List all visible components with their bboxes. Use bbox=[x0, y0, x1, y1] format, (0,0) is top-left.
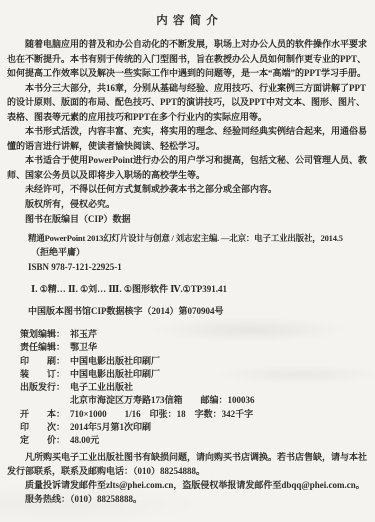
colophon-value: 祁玉芹 bbox=[70, 328, 367, 341]
colophon-label: 印 刷： bbox=[20, 355, 70, 368]
cip-register-number: 中国版本图书馆CIP数据核字（2014）第070904号 bbox=[28, 305, 367, 319]
service-info-section: 凡所购买电子工业出版社图书有缺损问题，请向购买书店调换。若书店售缺，请与本社发行… bbox=[7, 450, 367, 506]
colophon-row-planning-editor: 策划编辑： 祁玉芹 bbox=[20, 328, 367, 341]
colophon-value: 北京市海淀区万寿路173信箱 邮编：100036 bbox=[70, 394, 367, 407]
colophon-value: 鄂卫华 bbox=[70, 341, 367, 354]
colophon-value: 中国电影出版社印刷厂 bbox=[70, 368, 367, 381]
cip-data-block: 精通PowerPoint 2013幻灯片设计与创意 / 刘志宏主编. —北京：电… bbox=[28, 232, 367, 318]
cip-record: 精通PowerPoint 2013幻灯片设计与创意 / 刘志宏主编. —北京：电… bbox=[28, 232, 367, 246]
colophon-label: 出版发行： bbox=[20, 381, 70, 394]
colophon-row-publisher: 出版发行： 电子工业出版社 bbox=[20, 381, 367, 394]
colophon-row-format: 开 本： 710×1000 1/16 印张：18 字数：342千字 bbox=[20, 408, 367, 421]
book-copyright-page: 内容简介 随着电脑应用的普及和办公自动化的不断发展，职场上对办公人员的软件操作水… bbox=[0, 0, 375, 522]
colophon-value: 710×1000 1/16 印张：18 字数：342千字 bbox=[70, 408, 367, 421]
content-summary-section: 随着电脑应用的普及和办公自动化的不断发展，职场上对办公人员的软件操作水平要求也在… bbox=[7, 37, 367, 182]
colophon-label: 装 订： bbox=[20, 368, 70, 381]
colophon-value: 中国电影出版社印刷厂 bbox=[70, 355, 367, 368]
colophon-row-print-run: 印 次： 2014年5月第1次印刷 bbox=[20, 421, 367, 434]
colophon-label: 印 次： bbox=[20, 421, 70, 434]
colophon-row-address: 北京市海淀区万寿路173信箱 邮编：100036 bbox=[20, 394, 367, 407]
copyright-notice-section: 未经许可，不得以任何方式复制或抄袭本书之部分或全部内容。 版权所有，侵权必究。 bbox=[7, 182, 367, 211]
cip-heading: 图书在版编目（CIP）数据 bbox=[7, 212, 367, 227]
colophon-row-responsible-editor: 责任编辑： 鄂卫华 bbox=[20, 341, 367, 354]
colophon-label: 责任编辑： bbox=[20, 341, 70, 354]
summary-paragraph: 本书分三大部分，共16章，分别从基础与经验、应用技巧、行业案例三方面讲解了PPT… bbox=[7, 81, 367, 125]
service-hotline-line: 服务热线：（010）88258888。 bbox=[7, 492, 367, 506]
cip-classification: Ⅰ. ①精… Ⅱ. ①刘… Ⅲ. ①图形软件 Ⅳ.①TP391.41 bbox=[31, 283, 367, 297]
rights-reserved-notice: 版权所有，侵权必究。 bbox=[7, 197, 367, 212]
colophon-value: 48.00元 bbox=[70, 434, 367, 447]
colophon-row-price: 定 价： 48.00元 bbox=[20, 434, 367, 447]
complaint-email-line: 质量投诉请发邮件至zlts@phei.com.cn，盗版侵权举报请发邮件至dbq… bbox=[7, 478, 367, 492]
summary-paragraph: 随着电脑应用的普及和办公自动化的不断发展，职场上对办公人员的软件操作水平要求也在… bbox=[7, 37, 367, 81]
colophon-value: 2014年5月第1次印刷 bbox=[70, 421, 367, 434]
summary-paragraph: 本书适合于使用PowerPoint进行办公的用户学习和提高，包括文秘、公司管理人… bbox=[7, 153, 367, 182]
colophon-row-binder: 装 订： 中国电影出版社印刷厂 bbox=[20, 368, 367, 381]
colophon-value: 电子工业出版社 bbox=[70, 381, 367, 394]
exchange-notice: 凡所购买电子工业出版社图书有缺损问题，请向购买书店调换。若书店售缺，请与本社发行… bbox=[7, 450, 367, 478]
colophon-label: 策划编辑： bbox=[20, 328, 70, 341]
page-title: 内容简介 bbox=[7, 14, 367, 28]
summary-paragraph: 本书形式活泼，内容丰富、充实，将实用的理念、经验同经典实例结合起来，用通俗易懂的… bbox=[7, 124, 367, 153]
no-copy-notice: 未经许可，不得以任何方式复制或抄袭本书之部分或全部内容。 bbox=[7, 182, 367, 197]
colophon-table: 策划编辑： 祁玉芹 责任编辑： 鄂卫华 印 刷： 中国电影出版社印刷厂 装 订：… bbox=[20, 328, 367, 448]
isbn-number: ISBN 978-7-121-22925-1 bbox=[28, 261, 367, 275]
colophon-label: 定 价： bbox=[20, 434, 70, 447]
colophon-label: 开 本： bbox=[20, 408, 70, 421]
cip-series-note: （拒绝平庸） bbox=[31, 246, 367, 260]
colophon-row-printer: 印 刷： 中国电影出版社印刷厂 bbox=[20, 355, 367, 368]
